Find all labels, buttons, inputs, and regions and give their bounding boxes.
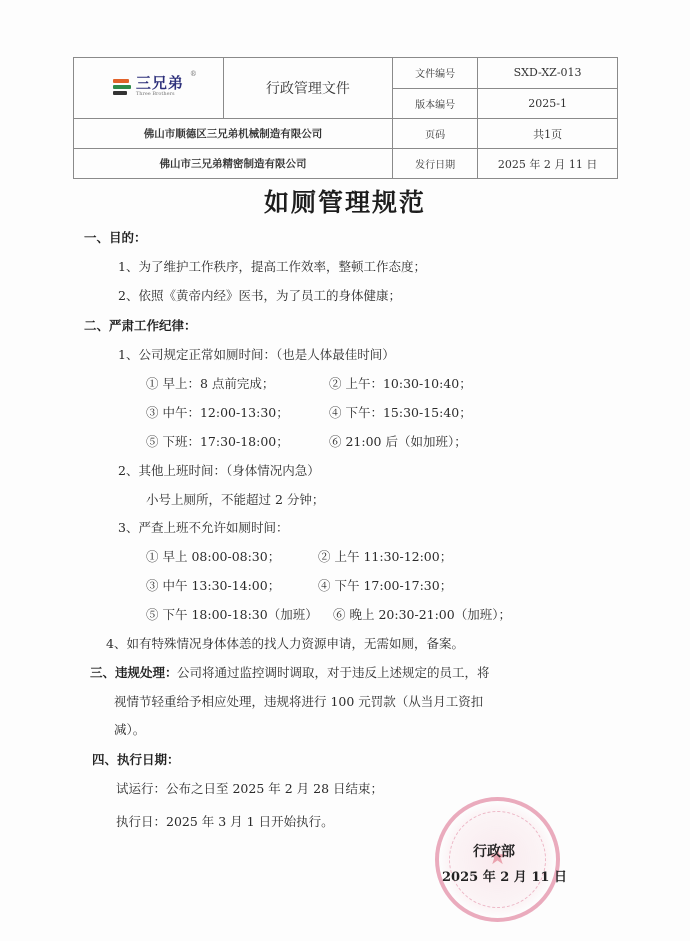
- allowed-slot-1: ① 早上：8 点前完成；: [146, 374, 274, 392]
- field-label-issue-date: 发行日期: [393, 149, 478, 179]
- violation-line-1: 公司将通过监控调时调取，对于违反上述规定的员工，将: [177, 663, 490, 681]
- field-value-page: 共1页: [478, 119, 618, 149]
- doc-type: 行政管理文件: [223, 58, 392, 119]
- logo-brand-cn: 三兄弟: [136, 76, 184, 91]
- signature-date: 2025 年 2 月 11 日: [442, 866, 567, 885]
- forbidden-slot-2: ② 上午 11:30-12:00；: [318, 547, 452, 565]
- document-page: 三兄弟 Three Brothers ® 行政管理文件 文件编号 SXD-XZ-…: [0, 0, 690, 941]
- discipline-item-3: 3、严查上班不允许如厕时间：: [118, 518, 288, 536]
- execution-date: 执行日：2025 年 3 月 1 日开始执行。: [116, 812, 334, 830]
- forbidden-slot-3: ③ 中午 13:30-14:00；: [146, 576, 280, 594]
- allowed-slot-3: ③ 中午：12:00-13:30；: [146, 403, 289, 421]
- violation-line-2: 视情节轻重给予相应处理，违规将进行 100 元罚款（从当月工资扣: [114, 692, 483, 710]
- allowed-slot-2: ② 上午：10:30-10:40；: [329, 374, 472, 392]
- field-label-doc-number: 文件编号: [393, 58, 478, 89]
- signature-department: 行政部: [473, 841, 515, 861]
- logo-brand-en: Three Brothers: [136, 92, 175, 97]
- section-heading-effective-date: 四、执行日期：: [92, 750, 180, 768]
- forbidden-slot-1: ① 早上 08:00-08:30；: [146, 547, 280, 565]
- allowed-slot-6: ⑥ 21:00 后（如加班）；: [329, 432, 467, 450]
- discipline-item-4: 4、如有特殊情况身体体恙的找人力资源申请，无需如厕，备案。: [106, 634, 464, 652]
- discipline-item-1: 1、公司规定正常如厕时间：（也是人体最佳时间）: [118, 345, 395, 363]
- field-value-issue-date: 2025 年 2 月 11 日: [478, 149, 618, 179]
- logo-cell: 三兄弟 Three Brothers ®: [74, 58, 224, 119]
- forbidden-slot-4: ④ 下午 17:00-17:30；: [318, 576, 452, 594]
- field-value-version: 2025-1: [478, 88, 618, 119]
- forbidden-slot-5: ⑤ 下午 18:00-18:30（加班）: [146, 605, 318, 623]
- field-label-version: 版本编号: [393, 88, 478, 119]
- company-name-1: 佛山市顺德区三兄弟机械制造有限公司: [74, 119, 393, 149]
- allowed-slot-5: ⑤ 下班：17:30-18:00；: [146, 432, 289, 450]
- document-header-table: 三兄弟 Three Brothers ® 行政管理文件 文件编号 SXD-XZ-…: [73, 57, 618, 179]
- field-label-page: 页码: [393, 119, 478, 149]
- logo-mark-icon: [113, 77, 133, 97]
- purpose-item-2: 2、依照《黄帝内经》医书，为了员工的身体健康；: [118, 286, 401, 304]
- section-heading-discipline: 二、严肃工作纪律：: [84, 316, 197, 334]
- field-value-doc-number: SXD-XZ-013: [478, 58, 618, 89]
- forbidden-slot-6: ⑥ 晚上 20:30-21:00（加班）；: [333, 605, 511, 623]
- discipline-item-2-note: 小号上厕所，不能超过 2 分钟；: [146, 490, 324, 508]
- trial-period: 试运行：公布之日至 2025 年 2 月 28 日结束；: [116, 779, 383, 797]
- section-heading-purpose: 一、目的：: [84, 228, 147, 246]
- company-name-2: 佛山市三兄弟精密制造有限公司: [74, 149, 393, 179]
- section-heading-violation: 三、违规处理：: [90, 663, 178, 681]
- company-logo: 三兄弟 Three Brothers: [113, 76, 184, 97]
- document-title: 如厕管理规范: [0, 183, 690, 219]
- violation-line-3: 减）。: [114, 720, 145, 738]
- discipline-item-2: 2、其他上班时间：（身体情况内急）: [118, 461, 320, 479]
- purpose-item-1: 1、为了维护工作秩序，提高工作效率，整顿工作态度；: [118, 257, 426, 275]
- registered-mark: ®: [190, 70, 197, 78]
- allowed-slot-4: ④ 下午：15:30-15:40；: [329, 403, 472, 421]
